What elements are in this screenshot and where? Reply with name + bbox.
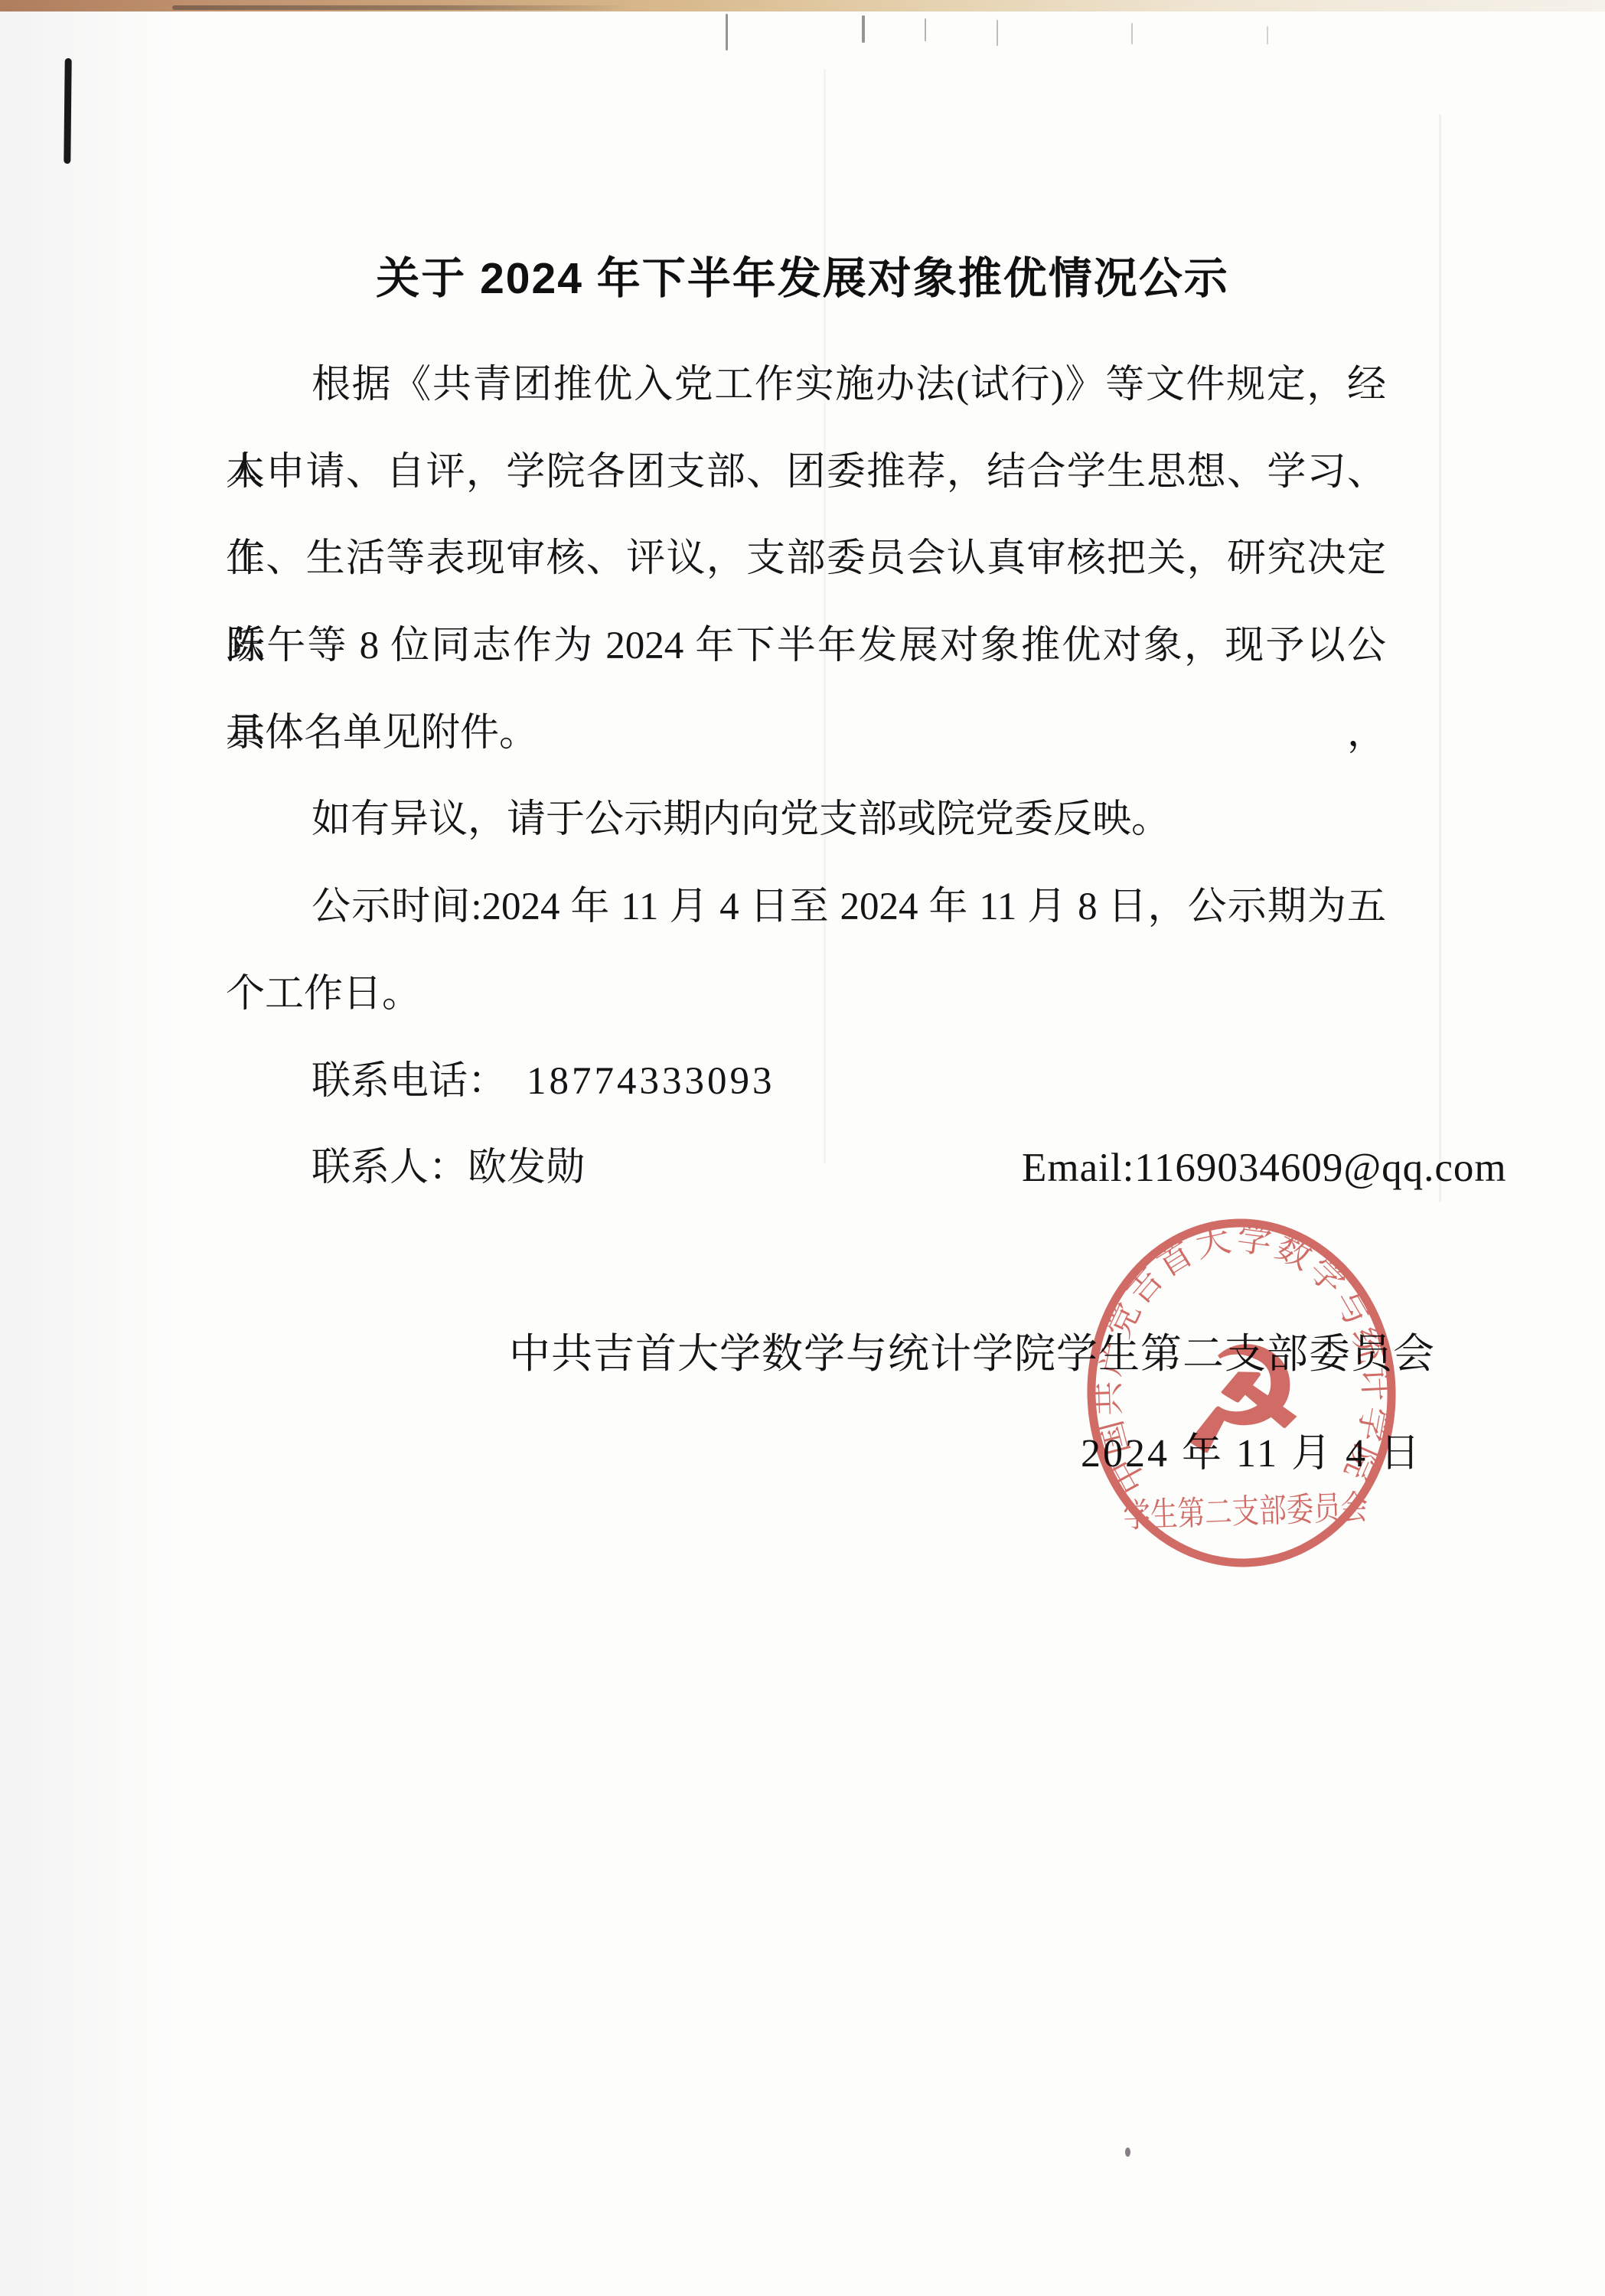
scanned-document-page: 关于 2024 年下半年发展对象推优情况公示 根据《共青团推优入党工作实施办法(… <box>0 0 1605 2296</box>
body-line: 跃午等 8 位同志作为 2024 年下半年发展对象推优对象，现予以公示， <box>226 603 1386 690</box>
signature-line: 中共吉首大学数学与统计学院学生第二支部委员会 <box>509 1321 1435 1380</box>
document-body: 根据《共青团推优入党工作实施办法(试行)》等文件规定，经本 人申请、自评，学院各… <box>226 342 1386 1212</box>
contact-person-name: 欧发勋 <box>468 1146 585 1189</box>
body-line: 如有异议，请于公示期内向党支部或院党委反映。 <box>226 777 1386 864</box>
contact-person-line: 联系人：欧发勋 Email:1169034609@qq.com <box>226 1125 1386 1212</box>
body-line: 公示时间:2024 年 11 月 4 日至 2024 年 11 月 8 日，公示… <box>226 864 1386 951</box>
body-line: 根据《共青团推优入党工作实施办法(试行)》等文件规定，经本 <box>226 342 1386 429</box>
contact-email: Email:1169034609@qq.com <box>936 1125 1507 1212</box>
document-title: 关于 2024 年下半年发展对象推优情况公示 <box>0 243 1605 306</box>
document-date: 2024 年 11 月 4 日 <box>1081 1420 1422 1478</box>
scan-tick-mark <box>862 15 865 43</box>
scan-top-edge-artifact-dark <box>172 5 631 10</box>
official-stamp: 中国共产党吉首大学数学与统计学院 ☭ 学生第二支部委员会 <box>1075 1208 1408 1577</box>
phone-number: 18774333093 <box>527 1060 775 1103</box>
contact-person-label: 联系人： <box>312 1146 468 1189</box>
body-line: 人申请、自评，学院各团支部、团委推荐，结合学生思想、学习、工 <box>226 429 1386 517</box>
scan-tick-mark <box>925 18 926 41</box>
scan-left-shading <box>0 0 176 2296</box>
body-line: 个工作日。 <box>226 951 1386 1039</box>
body-line: 作、生活等表现审核、评议，支部委员会认真审核把关，研究决定陈 <box>226 516 1386 603</box>
stamp-ring <box>1085 1218 1397 1567</box>
stamp-bottom-text: 学生第二支部委员会 <box>1123 1489 1369 1534</box>
scan-tick-mark <box>726 14 728 51</box>
scan-ink-mark <box>64 58 71 164</box>
scan-tick-mark <box>997 20 998 46</box>
phone-label: 联系电话： <box>312 1060 507 1103</box>
scan-tick-mark <box>1131 23 1133 44</box>
contact-phone-line: 联系电话：18774333093 <box>226 1039 1386 1126</box>
scan-tick-mark <box>1267 26 1268 44</box>
scan-speck <box>1125 2148 1130 2157</box>
